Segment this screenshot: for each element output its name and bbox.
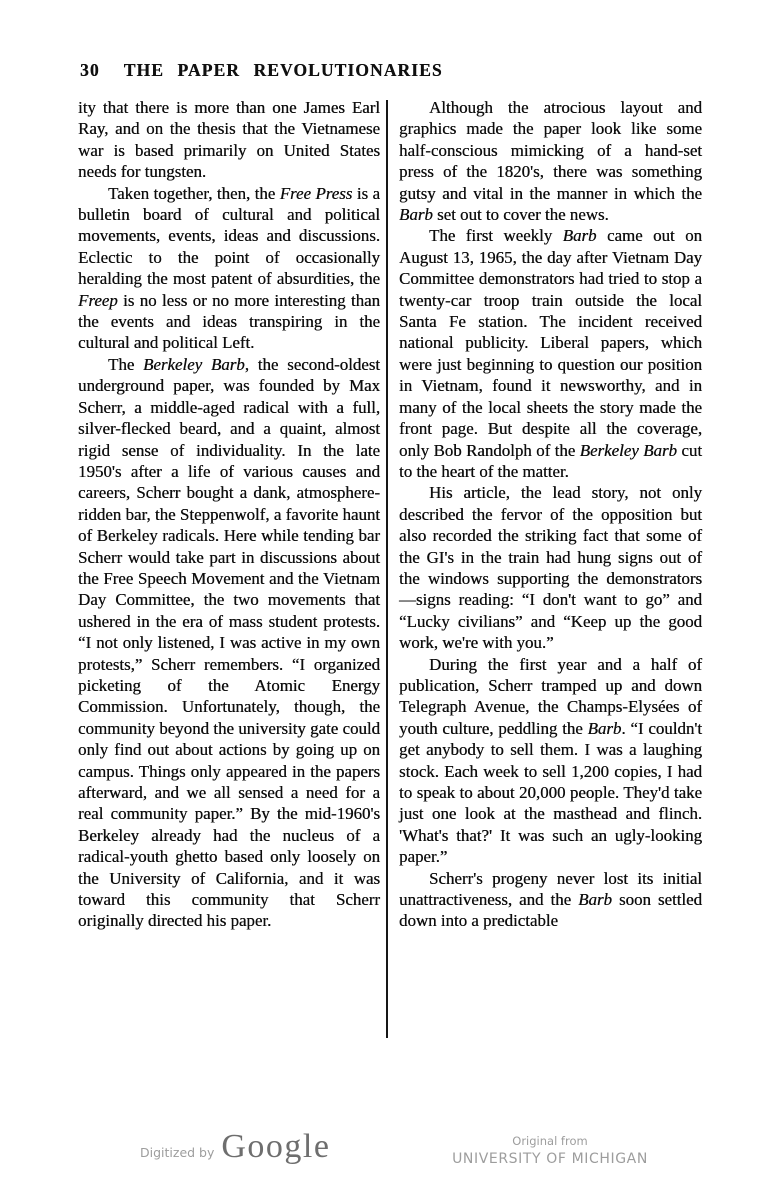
italic-text-segment: Berkeley Barb <box>580 441 677 460</box>
text-segment: The <box>108 355 143 374</box>
column-divider <box>386 100 388 1038</box>
italic-text-segment: Barb <box>588 719 622 738</box>
text-segment: ity that there is more than one James Ea… <box>78 98 380 181</box>
paragraph: His article, the lead story, not only de… <box>399 482 702 653</box>
institution-name: UNIVERSITY OF MICHIGAN <box>428 1151 672 1167</box>
paragraph: During the first year and a half of publ… <box>399 654 702 868</box>
original-from-label: Original from <box>428 1134 672 1148</box>
text-segment: is no less or no more interesting than t… <box>78 291 380 353</box>
paragraph: ity that there is more than one James Ea… <box>78 97 380 183</box>
digitized-by-watermark: Digitized by Google <box>140 1128 330 1166</box>
text-segment: set out to cover the news. <box>433 205 609 224</box>
paragraph: Scherr's progeny never lost its initial … <box>399 868 702 932</box>
page-number: 30 <box>80 60 100 81</box>
page-header: 30 THE PAPER REVOLUTIONARIES <box>80 60 443 81</box>
text-segment: The first weekly <box>429 226 563 245</box>
original-from-watermark: Original from UNIVERSITY OF MICHIGAN <box>428 1134 672 1167</box>
italic-text-segment: Barb <box>563 226 597 245</box>
text-column-left: ity that there is more than one James Ea… <box>78 97 380 932</box>
italic-text-segment: Free Press <box>280 184 353 203</box>
italic-text-segment: Barb <box>578 890 612 909</box>
italic-text-segment: Freep <box>78 291 118 310</box>
text-segment: Taken together, then, the <box>108 184 280 203</box>
text-segment: His article, the lead story, not only de… <box>399 483 702 652</box>
paragraph: The Berkeley Barb, the second-oldest und… <box>78 354 380 932</box>
italic-text-segment: Barb <box>399 205 433 224</box>
book-page: 30 THE PAPER REVOLUTIONARIES ity that th… <box>0 0 778 1186</box>
text-segment: , the second-oldest underground paper, w… <box>78 355 380 931</box>
text-segment: Although the atrocious layout and graphi… <box>399 98 702 203</box>
paragraph: The first weekly Barb came out on August… <box>399 225 702 482</box>
paragraph: Although the atrocious layout and graphi… <box>399 97 702 225</box>
text-column-right: Although the atrocious layout and graphi… <box>399 97 702 932</box>
running-title: THE PAPER REVOLUTIONARIES <box>124 60 443 81</box>
google-logo: Google <box>221 1128 330 1166</box>
italic-text-segment: Berkeley Barb <box>143 355 245 374</box>
text-segment: . “I couldn't get anybody to sell them. … <box>399 719 702 866</box>
digitized-by-label: Digitized by <box>140 1145 214 1160</box>
text-segment: came out on August 13, 1965, the day aft… <box>399 226 702 459</box>
paragraph: Taken together, then, the Free Press is … <box>78 183 380 354</box>
